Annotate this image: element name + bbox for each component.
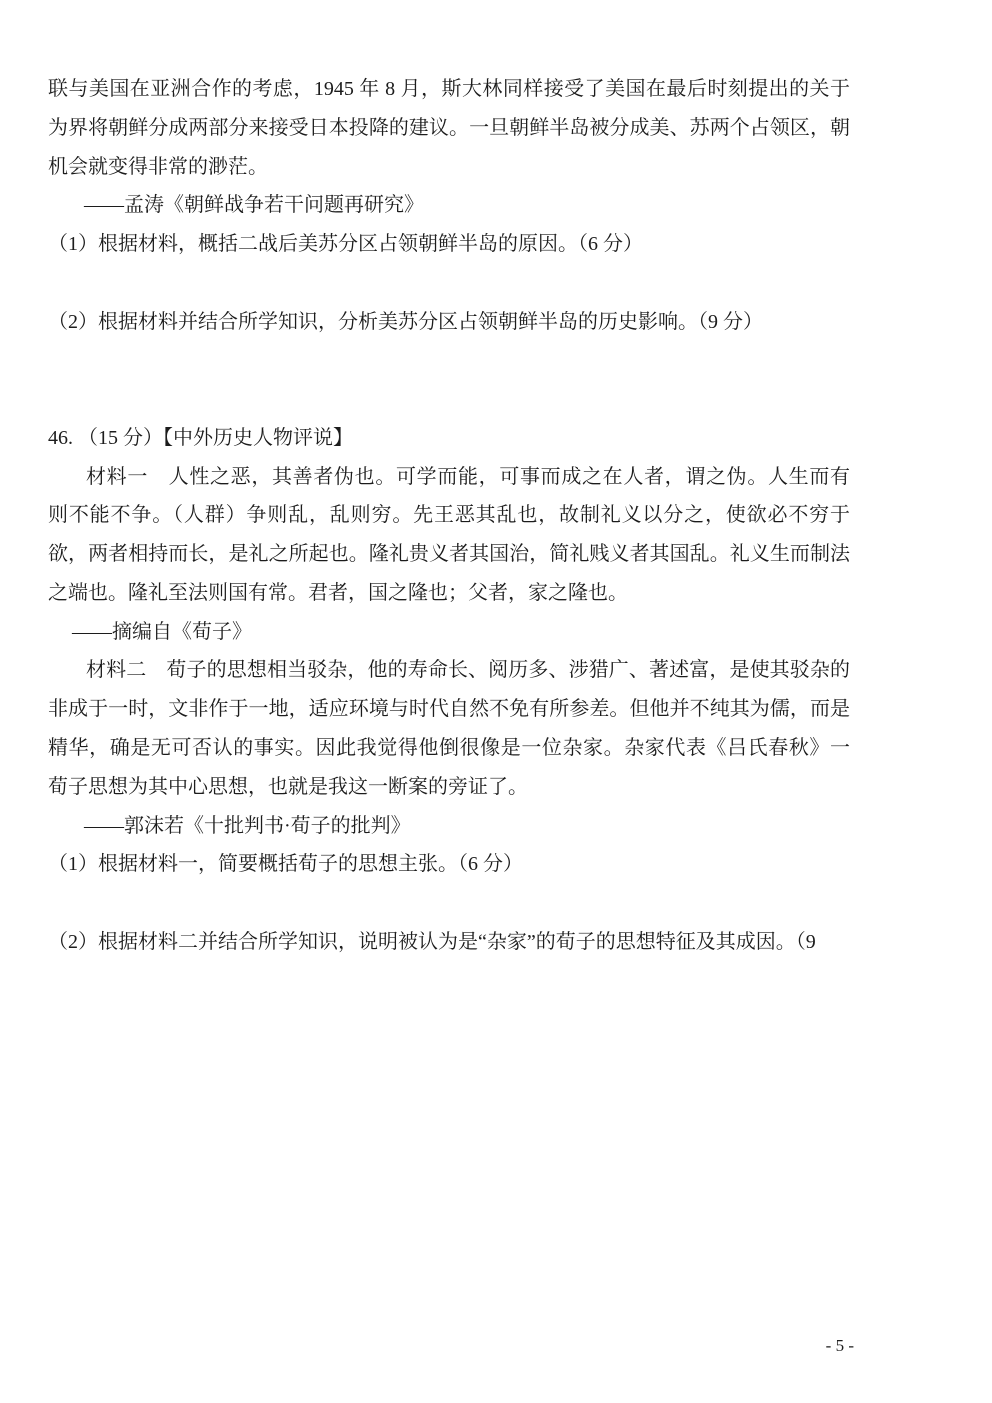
text-line-body: 材料二 荀子的思想相当驳杂，他的寿命长、阅历多、涉猎广、著述富，是使其驳杂的一些…	[48, 651, 850, 690]
text-line-body: 则不能不争。（人群）争则乱，乱则穷。先王恶其乱也，故制礼义以分之，使欲必不穷于物…	[48, 496, 850, 535]
blank-line	[48, 264, 850, 303]
text-line-section-heading: 46. （15 分）【中外历史人物评说】	[48, 419, 850, 458]
text-line-source: ——郭沫若《十批判书·荀子的批判》	[48, 807, 850, 846]
document-body: 联与美国在亚洲合作的考虑，1945 年 8 月，斯大林同样接受了美国在最后时刻提…	[48, 70, 850, 962]
page-number: - 5 -	[826, 1336, 854, 1355]
blank-line	[48, 341, 850, 380]
text-line-body: 为界将朝鲜分成两部分来接受日本投降的建议。一旦朝鲜半岛被分成美、苏两个占领区，朝…	[48, 109, 850, 148]
text-line-question: （1）根据材料，概括二战后美苏分区占领朝鲜半岛的原因。（6 分）	[48, 225, 850, 264]
text-line-body: 机会就变得非常的渺茫。	[48, 148, 850, 187]
text-line-body: 欲，两者相持而长，是礼之所起也。隆礼贵义者其国治，简礼贱义者其国乱。礼义生而制法…	[48, 535, 850, 574]
text-line-source: ——摘编自《荀子》	[48, 613, 850, 652]
text-line-body: 非成于一时，文非作于一地，适应环境与时代自然不免有所参差。但他并不纯其为儒，而是…	[48, 690, 850, 729]
document-page: 联与美国在亚洲合作的考虑，1945 年 8 月，斯大林同样接受了美国在最后时刻提…	[0, 0, 992, 1403]
blank-line	[48, 380, 850, 419]
text-line-body: 之端也。隆礼至法则国有常。君者，国之隆也；父者，家之隆也。	[48, 574, 850, 613]
text-line-body: 荀子思想为其中心思想，也就是我这一断案的旁证了。	[48, 768, 850, 807]
page-footer: - 5 -	[48, 1334, 854, 1358]
text-line-body: 联与美国在亚洲合作的考虑，1945 年 8 月，斯大林同样接受了美国在最后时刻提…	[48, 70, 850, 109]
text-line-body: 精华，确是无可否认的事实。因此我觉得他倒很像是一位杂家。杂家代表《吕氏春秋》一书…	[48, 729, 850, 768]
text-line-source: ——孟涛《朝鲜战争若干问题再研究》	[48, 186, 850, 225]
text-line-body: 材料一 人性之恶，其善者伪也。可学而能，可事而成之在人者，谓之伪。人生而有欲，欲…	[48, 458, 850, 497]
blank-line	[48, 884, 850, 923]
text-line-question: （1）根据材料一，简要概括荀子的思想主张。（6 分）	[48, 845, 850, 884]
text-line-question: （2）根据材料二并结合所学知识，说明被认为是“杂家”的荀子的思想特征及其成因。（…	[48, 923, 850, 962]
text-line-question: （2）根据材料并结合所学知识，分析美苏分区占领朝鲜半岛的历史影响。（9 分）	[48, 303, 850, 342]
